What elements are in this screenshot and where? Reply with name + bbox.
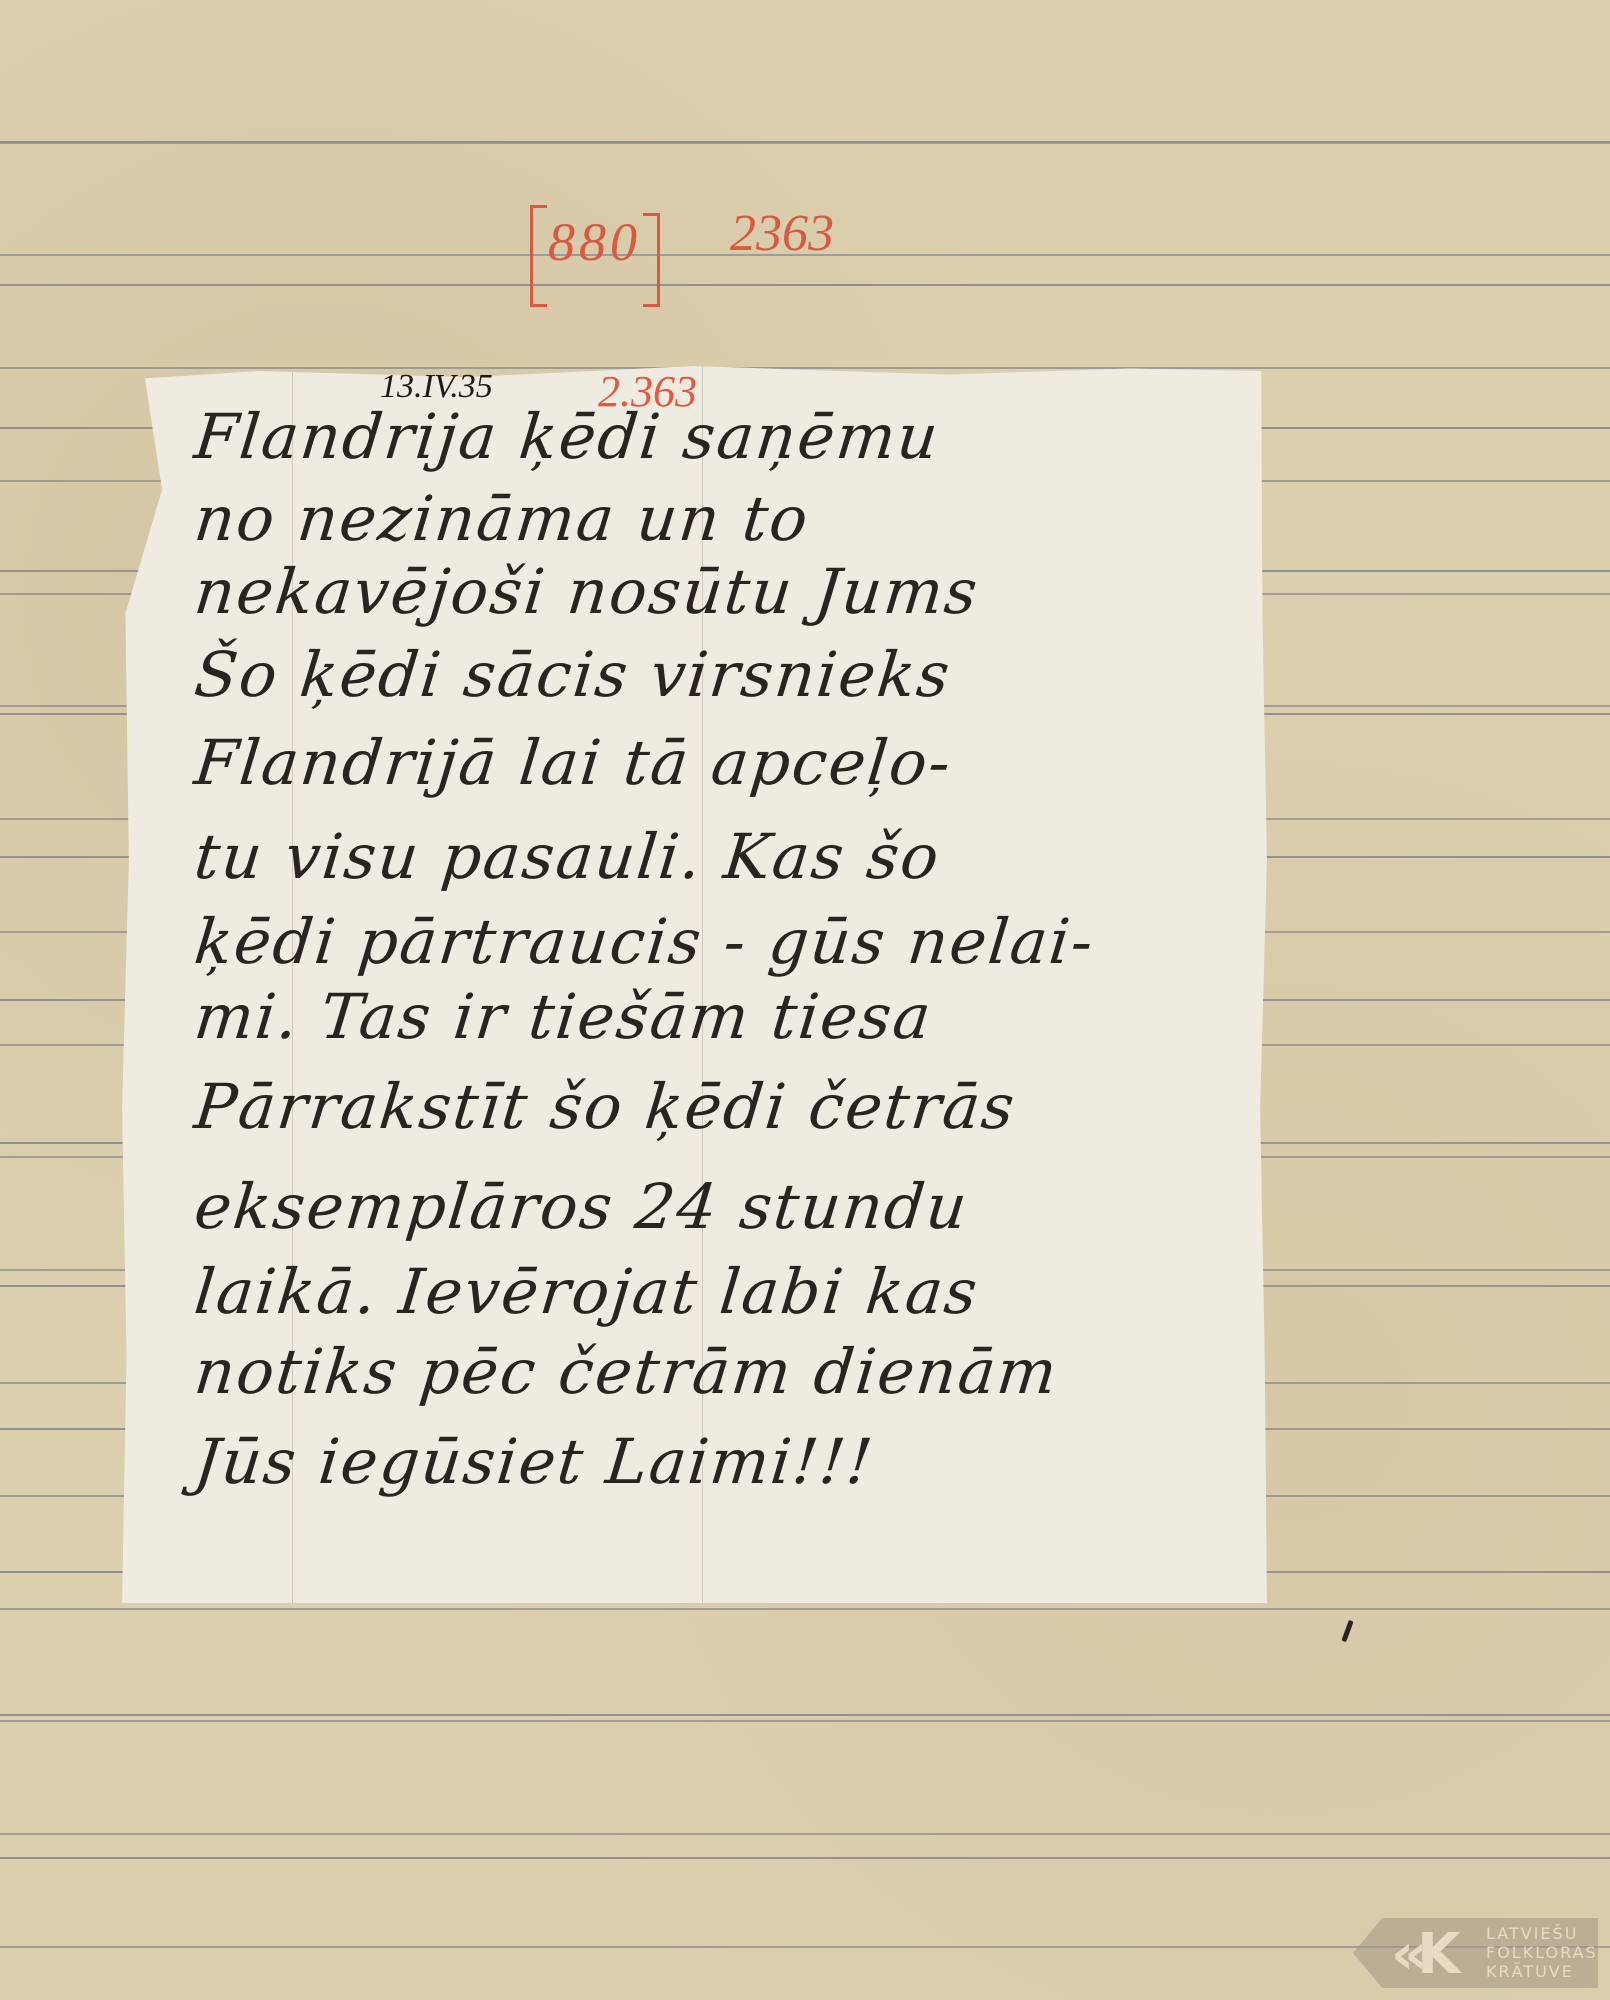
ruled-line <box>0 367 1610 369</box>
note-line: Šo ķēdi sācis virsnieks <box>191 638 955 711</box>
ruled-line <box>0 142 1610 144</box>
archive-catalog-number: 2363 <box>730 204 834 263</box>
bracket-right <box>643 213 660 307</box>
note-line: no nezināma un to <box>191 482 813 555</box>
ruled-line <box>0 1720 1610 1722</box>
logo-text: LATVIEŠU FOLKLORAS KRĀTUVE <box>1486 1924 1598 1981</box>
ruled-line <box>0 1608 1610 1610</box>
note-line: Pārrakstīt šo ķēdi četrās <box>191 1070 1019 1143</box>
bracket-number-text: 880 <box>548 211 641 273</box>
logo-line: KRĀTUVE <box>1486 1962 1598 1981</box>
note-line: notiks pēc četrām dienām <box>191 1335 1062 1408</box>
logo-mark-icon: ‹‹K <box>1391 1922 1451 1987</box>
note-line: nekavējoši nosūtu Jums <box>191 555 982 628</box>
pencil-mark <box>1341 1620 1353 1642</box>
note-line: Flandrijā lai tā apceļo- <box>191 726 956 799</box>
note-line: Jūs iegūsiet Laimi!!! <box>191 1425 877 1498</box>
archive-bracket-number: 880 <box>530 205 660 303</box>
logo-line: LATVIEŠU <box>1486 1924 1598 1943</box>
note-line: ķēdi pārtraucis - gūs nelai- <box>191 905 1098 978</box>
archive-logo: ‹‹K LATVIEŠU FOLKLORAS KRĀTUVE <box>1353 1918 1598 1988</box>
note-line: tu visu pasauli. Kas šo <box>191 820 944 893</box>
logo-line: FOLKLORAS <box>1486 1943 1598 1962</box>
note-line: laikā. Ievērojat labi kas <box>191 1255 982 1328</box>
bracket-left <box>530 205 547 307</box>
ruled-line <box>0 1833 1610 1835</box>
note-line: eksemplāros 24 stundu <box>191 1170 972 1243</box>
note-line: Flandrija ķēdi saņēmu <box>191 400 943 473</box>
note-line: mi. Tas ir tiešām tiesa <box>191 980 936 1053</box>
